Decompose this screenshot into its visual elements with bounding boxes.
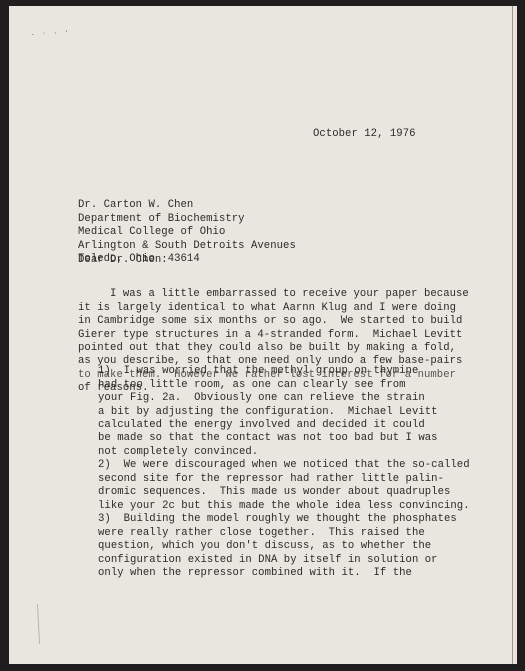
address-line: Dr. Carton W. Chen [78,199,296,212]
text-line: 3) Building the model roughly we thought… [98,513,457,526]
text-line: 2) We were discouraged when we noticed t… [98,459,470,472]
address-line: Medical College of Ohio [78,226,296,239]
text-line: 1) I was worried that the methyl group o… [98,365,438,378]
salutation: Dear Dr. Chen: [78,254,168,267]
text-line: calculated the energy involved and decid… [98,419,438,432]
page-crease-mark [37,604,40,644]
text-line: Gierer type structures in a 4-stranded f… [78,329,469,342]
point-3: 3) Building the model roughly we thought… [98,500,457,594]
text-line: dromic sequences. This made us wonder ab… [98,486,470,499]
scan-specks: . · · ' [31,30,70,37]
text-line: your Fig. 2a. Obviously one can relieve … [98,392,438,405]
text-line: only when the repressor combined with it… [98,567,457,580]
text-line: question, which you don't discuss, as to… [98,540,457,553]
address-line: Arlington & South Detroits Avenues [78,240,296,253]
text-line: a bit by adjusting the configuration. Mi… [98,406,438,419]
letter-date: October 12, 1976 [313,128,416,141]
text-line: in Cambridge some six months or so ago. … [78,315,469,328]
address-line: Department of Biochemistry [78,213,296,226]
text-line: had too little room, as one can clearly … [98,379,438,392]
text-line: configuration existed in DNA by itself i… [98,554,457,567]
text-line: it is largely identical to what Aarnn Kl… [78,302,469,315]
text-line: I was a little embarrassed to receive yo… [78,288,469,301]
text-line: be made so that the contact was not too … [98,432,438,445]
text-line: were really rather close together. This … [98,527,457,540]
page-edge-line [512,6,513,664]
text-line: second site for the repressor had rather… [98,473,470,486]
